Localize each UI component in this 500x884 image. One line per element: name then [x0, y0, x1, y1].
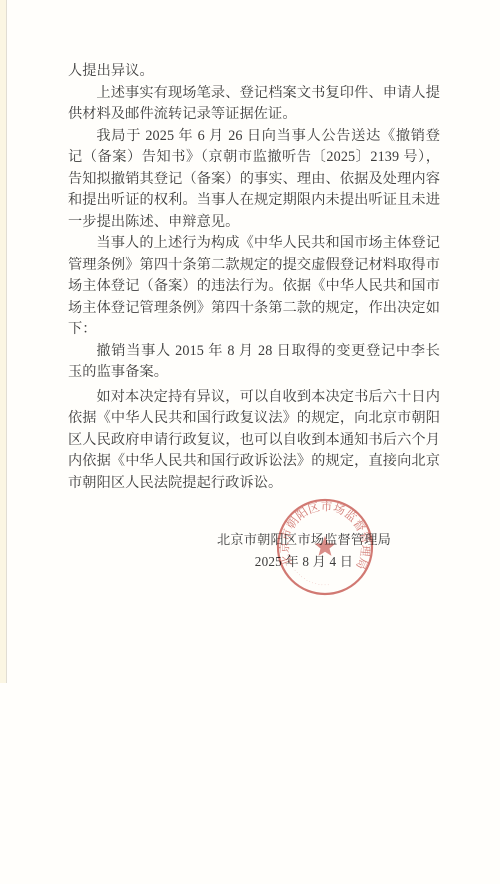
signature-block: 北京市朝阳区市场监督管理局 2025 年 8 月 4 日 — [217, 529, 391, 573]
document-body-text: 人提出异议。上述事实有现场笔录、登记档案文书复印件、申请人提供材料及邮件流转记录… — [68, 61, 440, 494]
paragraph: 我局于 2025 年 6 月 26 日向当事人公告送达《撤销登记（备案）告知书》… — [68, 126, 440, 234]
paragraph: 当事人的上述行为构成《中华人民共和国市场主体登记管理条例》第四十条第二款规定的提… — [68, 233, 440, 341]
paragraph: 上述事实有现场笔录、登记档案文书复印件、申请人提供材料及邮件流转记录等证据佐证。 — [68, 83, 440, 126]
issuing-authority: 北京市朝阳区市场监督管理局 — [217, 529, 391, 551]
issue-date: 2025 年 8 月 4 日 — [217, 551, 391, 573]
paragraph: 撤销当事人 2015 年 8 月 28 日取得的变更登记中李长玉的监事备案。 — [68, 341, 440, 384]
scan-edge-line — [6, 0, 7, 683]
paragraph: 如对本决定持有异议，可以自收到本决定书后六十日内依据《中华人民共和国行政复议法》… — [68, 387, 440, 495]
paragraph: 人提出异议。 — [68, 61, 440, 83]
scanned-document-page: 人提出异议。上述事实有现场笔录、登记档案文书复印件、申请人提供材料及邮件流转记录… — [0, 0, 500, 884]
